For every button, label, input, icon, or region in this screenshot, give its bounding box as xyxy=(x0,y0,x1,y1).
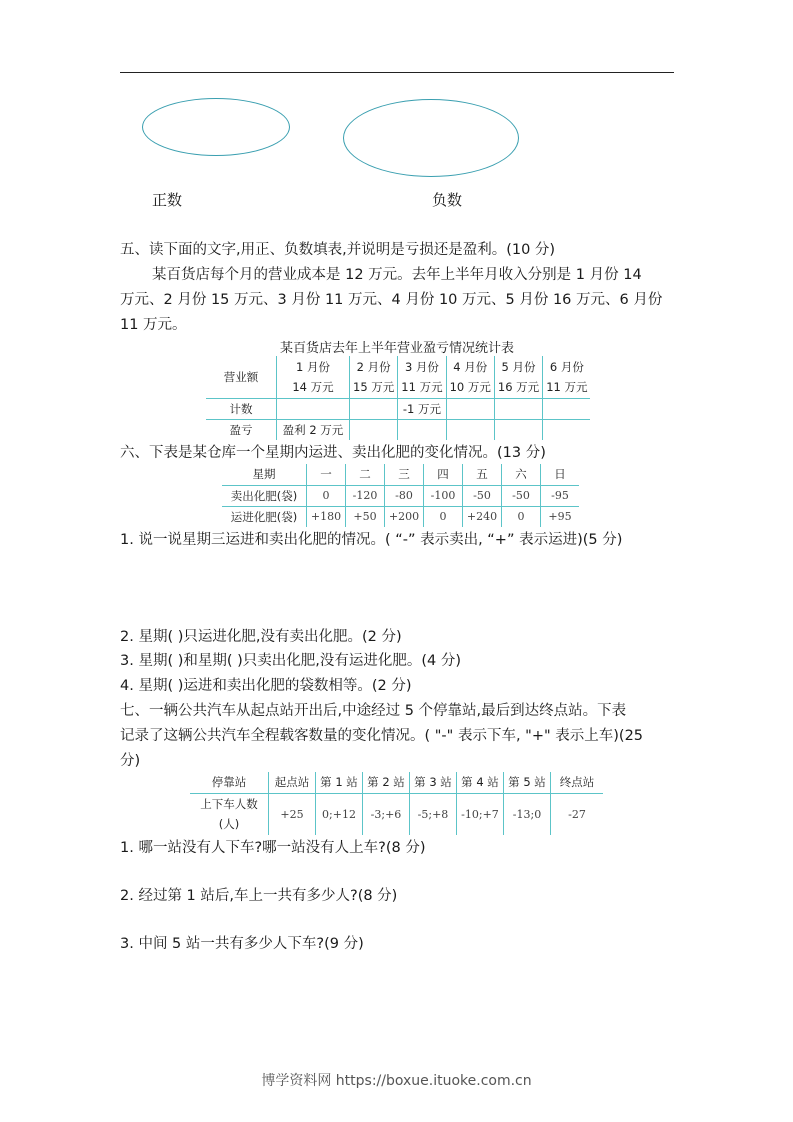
count-cell xyxy=(277,398,350,419)
profit-loss-cell xyxy=(350,419,398,440)
profit-loss-cell xyxy=(543,419,591,440)
shipped-cell: +50 xyxy=(346,506,385,527)
section6-question-3: 3. 星期( )和星期( )只卖出化肥,没有运进化肥。(4 分) xyxy=(120,649,461,674)
count-cell xyxy=(494,398,542,419)
revenue-cell: 15 万元 xyxy=(350,377,398,398)
day-cell: 三 xyxy=(385,464,424,485)
profit-loss-cell: 盈利 2 万元 xyxy=(277,419,350,440)
day-cell: 二 xyxy=(346,464,385,485)
section6-question-1: 1. 说一说星期三运进和卖出化肥的情况。( “-” 表示卖出, “+” 表示运进… xyxy=(120,528,622,553)
profit-loss-cell xyxy=(494,419,542,440)
section6-question-2: 2. 星期( )只运进化肥,没有卖出化肥。(2 分) xyxy=(120,625,402,650)
section5-table-caption: 某百货店去年上半年营业盈亏情况统计表 xyxy=(200,337,594,356)
station-cell: 第 3 站 xyxy=(410,772,457,793)
revenue-cell: 16 万元 xyxy=(494,377,542,398)
sold-cell: -100 xyxy=(424,485,463,506)
passenger-cell: 0;+12 xyxy=(316,793,363,835)
passenger-cell: -5;+8 xyxy=(410,793,457,835)
day-cell: 一 xyxy=(307,464,346,485)
header-rule xyxy=(120,72,674,73)
section5-para-line2: 万元、2 月份 15 万元、3 月份 11 万元、4 月份 10 万元、5 月份… xyxy=(120,288,662,313)
row-header-revenue: 营业额 xyxy=(206,356,277,398)
month-cell: 6 月份 xyxy=(543,356,591,377)
shipped-label: 运进化肥(袋) xyxy=(222,506,307,527)
passenger-row-label: 上下车人数 (人) xyxy=(190,793,269,835)
station-cell: 第 2 站 xyxy=(363,772,410,793)
sold-cell: -50 xyxy=(463,485,502,506)
positive-numbers-ellipse xyxy=(142,98,290,156)
shipped-cell: +95 xyxy=(541,506,580,527)
count-cell: -1 万元 xyxy=(398,398,446,419)
month-cell: 5 月份 xyxy=(494,356,542,377)
sold-cell: -95 xyxy=(541,485,580,506)
day-cell: 五 xyxy=(463,464,502,485)
section7-question-1: 1. 哪一站没有人下车?哪一站没有人上车?(8 分) xyxy=(120,836,425,861)
row-header-count: 计数 xyxy=(206,398,277,419)
day-cell: 四 xyxy=(424,464,463,485)
count-cell xyxy=(350,398,398,419)
passenger-row-label-1: 上下车人数 xyxy=(193,794,265,814)
section7-question-3: 3. 中间 5 站一共有多少人下车?(9 分) xyxy=(120,932,364,957)
passenger-cell: -13;0 xyxy=(504,793,551,835)
bus-passenger-table: 停靠站 起点站 第 1 站 第 2 站 第 3 站 第 4 站 第 5 站 终点… xyxy=(190,772,603,835)
passenger-row-label-2: (人) xyxy=(193,814,265,834)
passenger-cell: -3;+6 xyxy=(363,793,410,835)
profit-loss-cell xyxy=(398,419,446,440)
profit-loss-table: 营业额 1 月份 2 月份 3 月份 4 月份 5 月份 6 月份 14 万元 … xyxy=(206,356,590,440)
sold-cell: -50 xyxy=(502,485,541,506)
revenue-cell: 11 万元 xyxy=(398,377,446,398)
section5-para-line3: 11 万元。 xyxy=(120,313,187,338)
shipped-cell: 0 xyxy=(502,506,541,527)
count-cell xyxy=(543,398,591,419)
shipped-cell: +200 xyxy=(385,506,424,527)
section6-title: 六、下表是某仓库一个星期内运进、卖出化肥的变化情况。(13 分) xyxy=(120,441,546,466)
month-cell: 3 月份 xyxy=(398,356,446,377)
negative-numbers-ellipse xyxy=(343,99,519,177)
station-cell: 起点站 xyxy=(269,772,316,793)
section7-question-2: 2. 经过第 1 站后,车上一共有多少人?(8 分) xyxy=(120,884,397,909)
sold-cell: -80 xyxy=(385,485,424,506)
section7-title-line3: 分) xyxy=(120,749,140,774)
day-cell: 日 xyxy=(541,464,580,485)
header-station: 停靠站 xyxy=(190,772,269,793)
profit-loss-cell xyxy=(446,419,494,440)
revenue-cell: 14 万元 xyxy=(277,377,350,398)
negative-label: 负数 xyxy=(432,189,462,210)
section5-para-line1: 某百货店每个月的营业成本是 12 万元。去年上半年月收入分别是 1 月份 14 xyxy=(152,263,642,288)
station-cell: 第 1 站 xyxy=(316,772,363,793)
section6-question-4: 4. 星期( )运进和卖出化肥的袋数相等。(2 分) xyxy=(120,674,412,699)
section5-title: 五、读下面的文字,用正、负数填表,并说明是亏损还是盈利。(10 分) xyxy=(120,238,555,263)
month-cell: 2 月份 xyxy=(350,356,398,377)
header-weekday: 星期 xyxy=(222,464,307,485)
footer-watermark: 博学资料网 https://boxue.ituoke.com.cn xyxy=(0,1070,793,1090)
month-cell: 4 月份 xyxy=(446,356,494,377)
shipped-cell: +180 xyxy=(307,506,346,527)
station-cell: 终点站 xyxy=(551,772,604,793)
shipped-cell: 0 xyxy=(424,506,463,527)
passenger-cell: -10;+7 xyxy=(457,793,504,835)
station-cell: 第 4 站 xyxy=(457,772,504,793)
sold-label: 卖出化肥(袋) xyxy=(222,485,307,506)
revenue-cell: 10 万元 xyxy=(446,377,494,398)
shipped-cell: +240 xyxy=(463,506,502,527)
sold-cell: -120 xyxy=(346,485,385,506)
passenger-cell: -27 xyxy=(551,793,604,835)
fertilizer-table: 星期 一 二 三 四 五 六 日 卖出化肥(袋) 0 -120 -80 -100… xyxy=(222,464,579,527)
count-cell xyxy=(446,398,494,419)
section7-title-line1: 七、一辆公共汽车从起点站开出后,中途经过 5 个停靠站,最后到达终点站。下表 xyxy=(120,699,626,724)
passenger-cell: +25 xyxy=(269,793,316,835)
row-header-profit-loss: 盈亏 xyxy=(206,419,277,440)
day-cell: 六 xyxy=(502,464,541,485)
section7-title-line2: 记录了这辆公共汽车全程载客数量的变化情况。( "-" 表示下车, "+" 表示上… xyxy=(120,724,643,749)
positive-label: 正数 xyxy=(152,189,182,210)
sold-cell: 0 xyxy=(307,485,346,506)
revenue-cell: 11 万元 xyxy=(543,377,591,398)
month-cell: 1 月份 xyxy=(277,356,350,377)
station-cell: 第 5 站 xyxy=(504,772,551,793)
